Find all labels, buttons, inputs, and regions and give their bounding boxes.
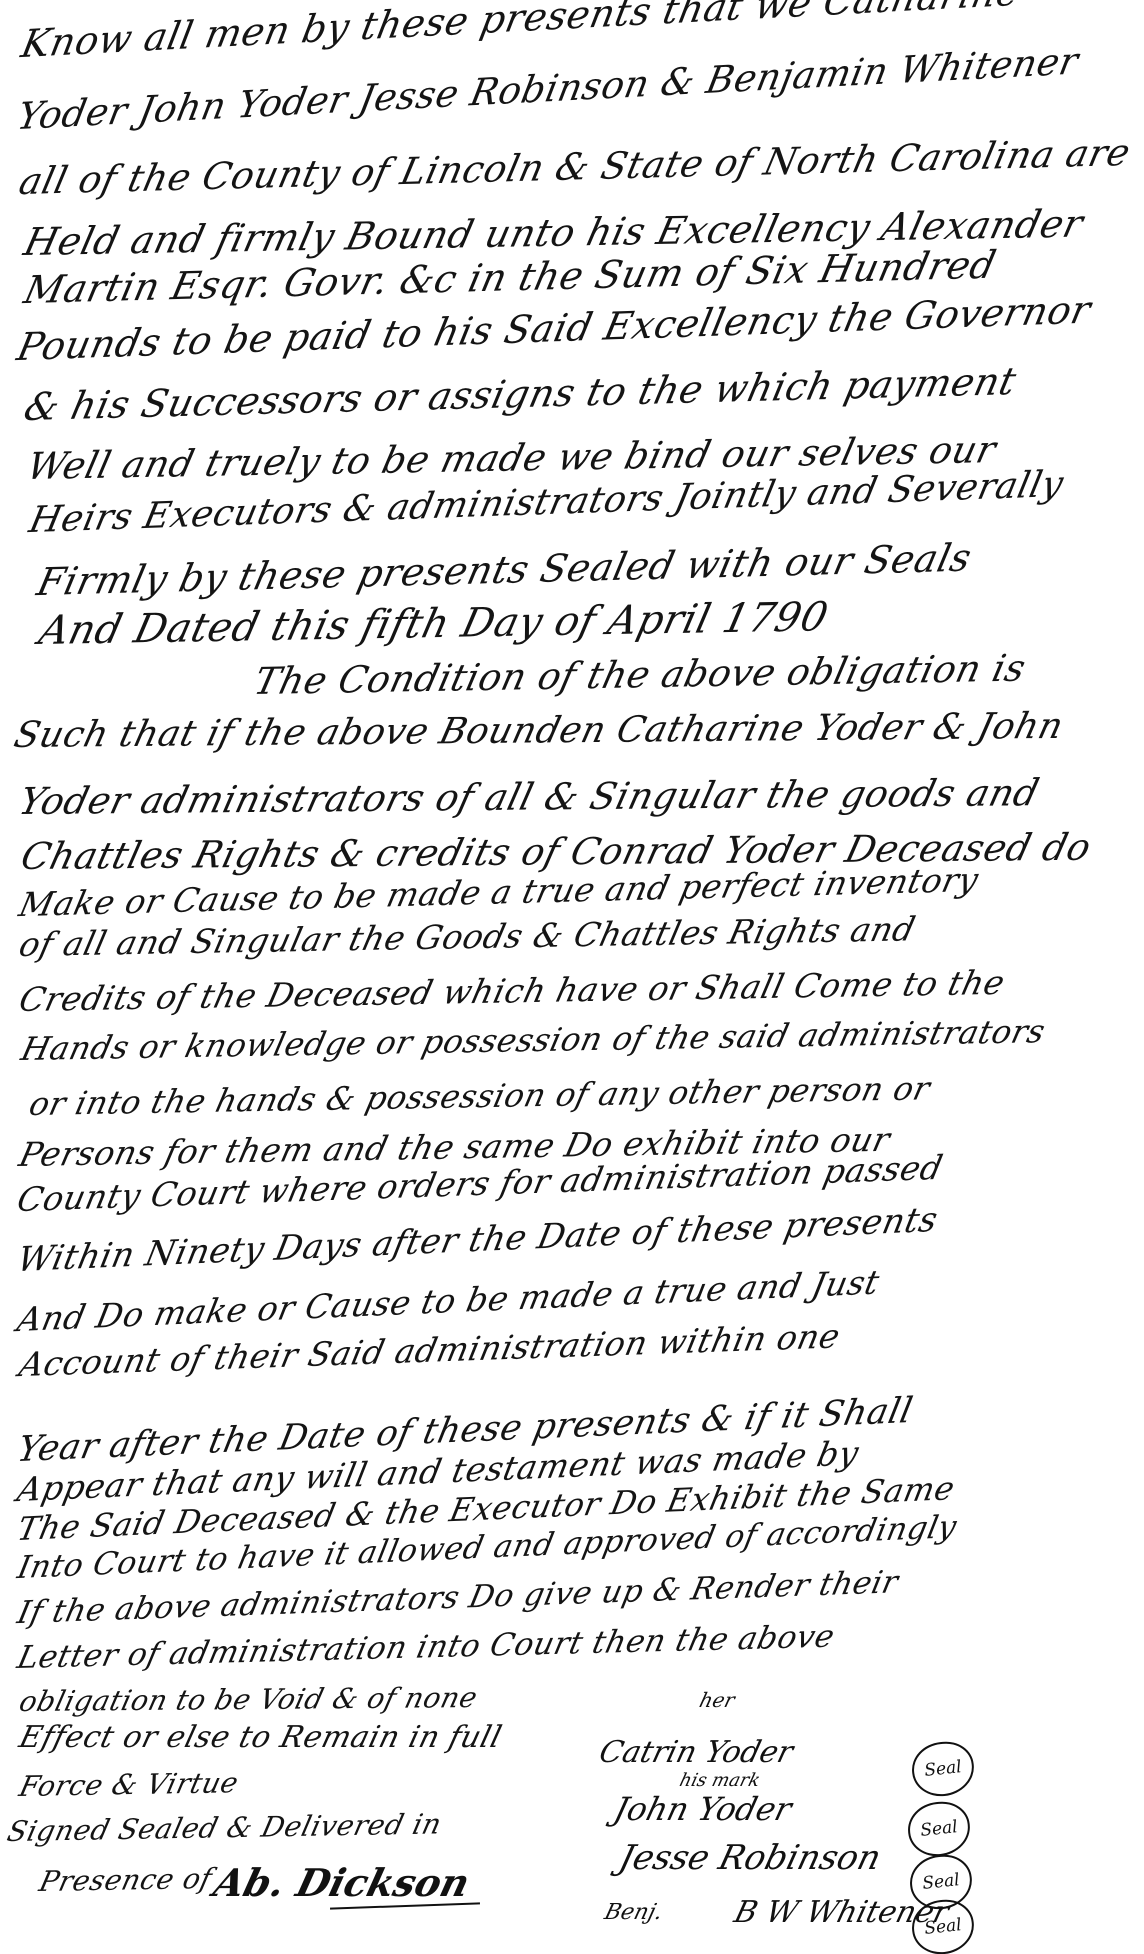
body-line-12: The Condition of the above obligation is bbox=[250, 646, 1030, 703]
body-line-3: all of the County of Lincoln & State of … bbox=[15, 131, 1134, 203]
attestation-line-1: Signed Sealed & Delivered in bbox=[4, 1807, 445, 1848]
signatory-1-name: Catrin Yoder bbox=[596, 1735, 797, 1770]
seal-3-label: Seal bbox=[921, 1870, 960, 1894]
body-line-14: Yoder administrators of all & Singular t… bbox=[15, 771, 1044, 823]
signatory-2-name: John Yoder bbox=[610, 1790, 795, 1828]
signatory-1-mark-label: her bbox=[697, 1688, 737, 1712]
body-line-11: And Dated this fifth Day of April 1790 bbox=[35, 594, 833, 654]
signatory-2-mark-label: his mark bbox=[677, 1770, 762, 1791]
seal-1: Seal bbox=[909, 1739, 976, 1799]
seal-1-label: Seal bbox=[923, 1757, 962, 1781]
body-line-7: & his Successors or assigns to the which… bbox=[20, 359, 1020, 429]
signatory-3-name: Jesse Robinson bbox=[615, 1838, 885, 1878]
seal-4-label: Seal bbox=[923, 1915, 962, 1939]
witness-signature: Ab. Dickson bbox=[209, 1860, 474, 1905]
body-line-31: Letter of administration into Court then… bbox=[14, 1619, 838, 1677]
body-line-13: Such that if the above Bounden Catharine… bbox=[10, 706, 1067, 756]
body-line-18: Credits of the Deceased which have or Sh… bbox=[15, 963, 1008, 1019]
seal-2-label: Seal bbox=[919, 1817, 958, 1841]
attestation-line-2: Presence of bbox=[36, 1862, 215, 1898]
seal-2: Seal bbox=[905, 1799, 972, 1859]
manuscript-page: Know all men by these presents that we C… bbox=[0, 0, 1144, 1954]
body-line-34: Force & Virtue bbox=[16, 1766, 242, 1803]
body-line-10: Firmly by these presents Sealed with our… bbox=[33, 535, 976, 604]
body-line-32: obligation to be Void & of none bbox=[16, 1681, 481, 1718]
body-line-19: Hands or knowledge or possession of the … bbox=[18, 1012, 1050, 1068]
body-line-33: Effect or else to Remain in full bbox=[16, 1720, 506, 1755]
body-line-20: or into the hands & possession of any ot… bbox=[26, 1069, 934, 1123]
signatory-4-mark-label: Benj. bbox=[602, 1900, 665, 1925]
